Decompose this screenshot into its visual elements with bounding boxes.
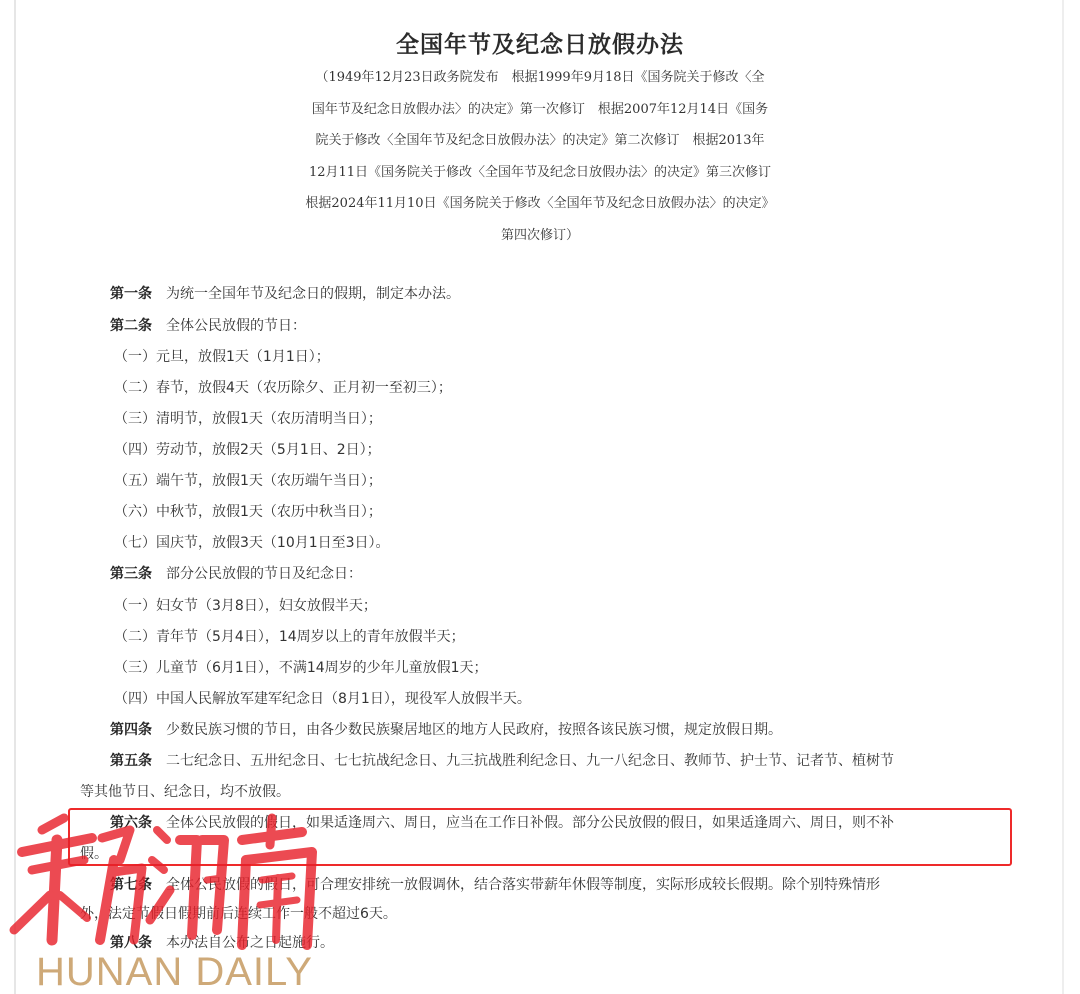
article-4: 第四条少数民族习惯的节日，由各少数民族聚居地区的地方人民政府，按照各该民族习惯，…: [110, 720, 782, 740]
preamble-line: 国年节及纪念日放假办法〉的决定》第一次修订 根据2007年12月14日《国务: [250, 94, 830, 126]
preamble-line: （1949年12月23日政务院发布 根据1999年9月18日《国务院关于修改〈全: [250, 62, 830, 94]
list-item: （一）妇女节（3月8日），妇女放假半天；: [114, 596, 377, 616]
article-5: 第五条二七纪念日、五卅纪念日、七七抗战纪念日、九三抗战胜利纪念日、九一八纪念日、…: [110, 751, 894, 771]
article-7: 第七条全体公民放假的假日，可合理安排统一放假调休，结合落实带薪年休假等制度，实际…: [110, 875, 880, 895]
article-number: 第二条: [110, 318, 152, 334]
page-border-left: [14, 0, 16, 994]
article-number: 第一条: [110, 286, 152, 302]
list-item: （四）劳动节，放假2天（5月1日、2日）；: [114, 440, 381, 460]
document-preamble: （1949年12月23日政务院发布 根据1999年9月18日《国务院关于修改〈全…: [250, 62, 830, 251]
preamble-line: 根据2024年11月10日《国务院关于修改〈全国年节及纪念日放假办法〉的决定》: [250, 188, 830, 220]
page-border-right: [1062, 0, 1064, 994]
article-6: 第六条全体公民放假的假日，如果适逢周六、周日，应当在工作日补假。部分公民放假的假…: [110, 813, 894, 833]
article-text: 全体公民放假的假日，可合理安排统一放假调休，结合落实带薪年休假等制度，实际形成较…: [166, 877, 880, 893]
article-text: 本办法自公布之日起施行。: [166, 935, 334, 951]
article-5-continuation: 等其他节日、纪念日，均不放假。: [80, 782, 290, 802]
list-item: （四）中国人民解放军建军纪念日（8月1日），现役军人放假半天。: [114, 689, 531, 709]
list-item: （三）清明节，放假1天（农历清明当日）；: [114, 409, 382, 429]
article-2: 第二条全体公民放假的节日：: [110, 316, 306, 336]
article-number: 第六条: [110, 815, 152, 831]
article-text: 为统一全国年节及纪念日的假期，制定本办法。: [166, 286, 460, 302]
preamble-line: 第四次修订）: [250, 220, 830, 252]
article-text: 全体公民放假的节日：: [166, 318, 306, 334]
article-7-continuation: 外，法定节假日假期前后连续工作一般不超过6天。: [80, 904, 397, 924]
list-item: （二）春节，放假4天（农历除夕、正月初一至初三）；: [114, 378, 452, 398]
article-6-continuation: 假。: [80, 844, 108, 864]
article-text: 二七纪念日、五卅纪念日、七七抗战纪念日、九三抗战胜利纪念日、九一八纪念日、教师节…: [166, 753, 894, 769]
hunan-daily-wordmark: HUNAN DAILY: [36, 950, 313, 994]
preamble-line: 12月11日《国务院关于修改〈全国年节及纪念日放假办法〉的决定》第三次修订: [250, 157, 830, 189]
list-item: （五）端午节，放假1天（农历端午当日）；: [114, 471, 382, 491]
document-title: 全国年节及纪念日放假办法: [0, 26, 1080, 59]
article-number: 第三条: [110, 566, 152, 582]
list-item: （一）元旦，放假1天（1月1日）；: [114, 347, 330, 367]
list-item: （七）国庆节，放假3天（10月1日至3日）。: [114, 533, 390, 553]
article-3: 第三条部分公民放假的节日及纪念日：: [110, 564, 362, 584]
list-item: （二）青年节（5月4日），14周岁以上的青年放假半天；: [114, 627, 465, 647]
article-text: 少数民族习惯的节日，由各少数民族聚居地区的地方人民政府，按照各该民族习惯，规定放…: [166, 722, 782, 738]
article-text: 部分公民放假的节日及纪念日：: [166, 566, 362, 582]
list-item: （三）儿童节（6月1日），不满14周岁的少年儿童放假1天；: [114, 658, 488, 678]
article-number: 第五条: [110, 753, 152, 769]
article-1: 第一条为统一全国年节及纪念日的假期，制定本办法。: [110, 284, 460, 304]
article-number: 第七条: [110, 877, 152, 893]
article-number: 第八条: [110, 935, 152, 951]
article-text: 全体公民放假的假日，如果适逢周六、周日，应当在工作日补假。部分公民放假的假日，如…: [166, 815, 894, 831]
article-number: 第四条: [110, 722, 152, 738]
preamble-line: 院关于修改〈全国年节及纪念日放假办法〉的决定》第二次修订 根据2013年: [250, 125, 830, 157]
list-item: （六）中秋节，放假1天（农历中秋当日）；: [114, 502, 382, 522]
